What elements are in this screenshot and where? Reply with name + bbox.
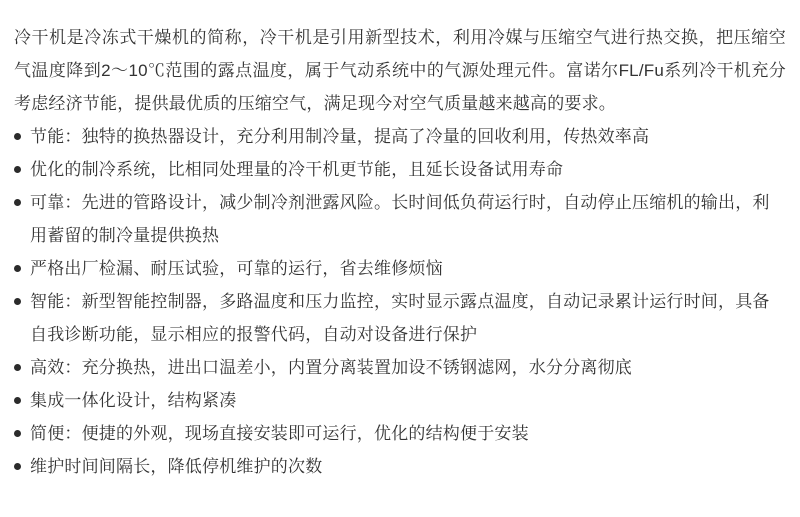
bullet-icon (14, 463, 21, 470)
list-item: 可靠：先进的管路设计，减少制冷剂泄露风险。长时间低负荷运行时，自动停止压缩机的输… (14, 186, 786, 252)
list-item: 优化的制冷系统，比相同处理量的冷干机更节能，且延长设备试用寿命 (14, 153, 786, 186)
product-description: 冷干机是冷冻式干燥机的简称，冷干机是引用新型技术，利用冷媒与压缩空气进行热交换，… (0, 0, 800, 483)
feature-text: 集成一体化设计，结构紧凑 (30, 384, 786, 417)
feature-text: 严格出厂检漏、耐压试验，可靠的运行，省去维修烦恼 (30, 252, 786, 285)
feature-text: 高效：充分换热，进出口温差小，内置分离装置加设不锈钢滤网，水分分离彻底 (30, 351, 786, 384)
bullet-icon (14, 430, 21, 437)
list-item: 严格出厂检漏、耐压试验，可靠的运行，省去维修烦恼 (14, 252, 786, 285)
bullet-icon (14, 298, 21, 305)
bullet-icon (14, 397, 21, 404)
list-item: 节能：独特的换热器设计，充分利用制冷量，提高了冷量的回收利用，传热效率高 (14, 120, 786, 153)
list-item: 维护时间间隔长，降低停机维护的次数 (14, 450, 786, 483)
list-item: 智能：新型智能控制器，多路温度和压力监控，实时显示露点温度，自动记录累计运行时间… (14, 285, 786, 351)
feature-text: 可靠：先进的管路设计，减少制冷剂泄露风险。长时间低负荷运行时，自动停止压缩机的输… (30, 186, 786, 252)
intro-paragraph: 冷干机是冷冻式干燥机的简称，冷干机是引用新型技术，利用冷媒与压缩空气进行热交换，… (14, 21, 786, 120)
list-item: 高效：充分换热，进出口温差小，内置分离装置加设不锈钢滤网，水分分离彻底 (14, 351, 786, 384)
list-item: 集成一体化设计，结构紧凑 (14, 384, 786, 417)
list-item: 简便：便捷的外观，现场直接安装即可运行，优化的结构便于安装 (14, 417, 786, 450)
feature-text: 维护时间间隔长，降低停机维护的次数 (30, 450, 786, 483)
feature-text: 智能：新型智能控制器，多路温度和压力监控，实时显示露点温度，自动记录累计运行时间… (30, 285, 786, 351)
bullet-icon (14, 199, 21, 206)
bullet-icon (14, 133, 21, 140)
feature-list: 节能：独特的换热器设计，充分利用制冷量，提高了冷量的回收利用，传热效率高 优化的… (14, 120, 786, 483)
feature-text: 节能：独特的换热器设计，充分利用制冷量，提高了冷量的回收利用，传热效率高 (30, 120, 786, 153)
feature-text: 简便：便捷的外观，现场直接安装即可运行，优化的结构便于安装 (30, 417, 786, 450)
feature-text: 优化的制冷系统，比相同处理量的冷干机更节能，且延长设备试用寿命 (30, 153, 786, 186)
bullet-icon (14, 166, 21, 173)
bullet-icon (14, 265, 21, 272)
bullet-icon (14, 364, 21, 371)
